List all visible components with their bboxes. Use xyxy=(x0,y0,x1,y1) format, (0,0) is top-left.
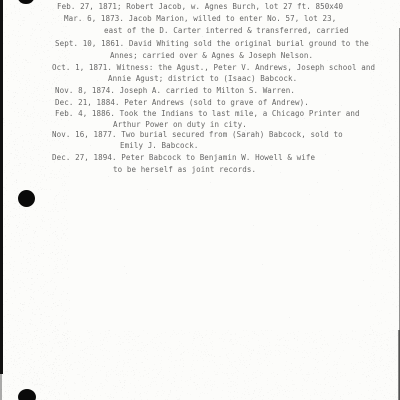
hole-punch xyxy=(18,389,36,400)
text-line: Nov. 16, 1877. Two burial secured from (… xyxy=(52,130,343,139)
text-line: Dec. 27, 1894. Peter Babcock to Benjamin… xyxy=(52,153,315,162)
scanned-document-page: Feb. 27, 1871; Robert Jacob, w. Agnes Bu… xyxy=(0,0,400,400)
left-scan-edge xyxy=(0,0,3,374)
text-line: Feb. 27, 1871; Robert Jacob, w. Agnes Bu… xyxy=(57,2,343,11)
text-line: Annes; carried over & Agnes & Joseph Nel… xyxy=(110,51,313,60)
text-line: Dec. 21, 1884. Peter Andrews (sold to gr… xyxy=(55,98,309,107)
typewritten-text: Feb. 27, 1871; Robert Jacob, w. Agnes Bu… xyxy=(0,0,400,400)
text-line: Feb. 4, 1886. Took the Indians to last m… xyxy=(55,109,360,118)
text-line: Oct. 1, 1871. Witness: the Agust., Peter… xyxy=(52,63,375,72)
text-line: Emily J. Babcock. xyxy=(120,141,198,150)
text-line: east of the D. Carter interred & transfe… xyxy=(104,26,349,35)
text-line: Mar. 6, 1873. Jacob Marion, willed to en… xyxy=(64,14,336,23)
text-line: to be herself as joint records. xyxy=(113,165,256,174)
text-line: Nov. 8, 1874. Joseph A. carried to Milto… xyxy=(55,86,295,95)
text-line: Annie Agust; district to (Isaac) Babcock… xyxy=(108,74,297,83)
left-scan-edge-fade xyxy=(0,374,2,400)
hole-punch xyxy=(18,190,35,207)
text-line: Arthur Power on duty in city. xyxy=(113,120,247,129)
text-line: Sept. 10, 1861. David Whiting sold the o… xyxy=(55,39,369,48)
